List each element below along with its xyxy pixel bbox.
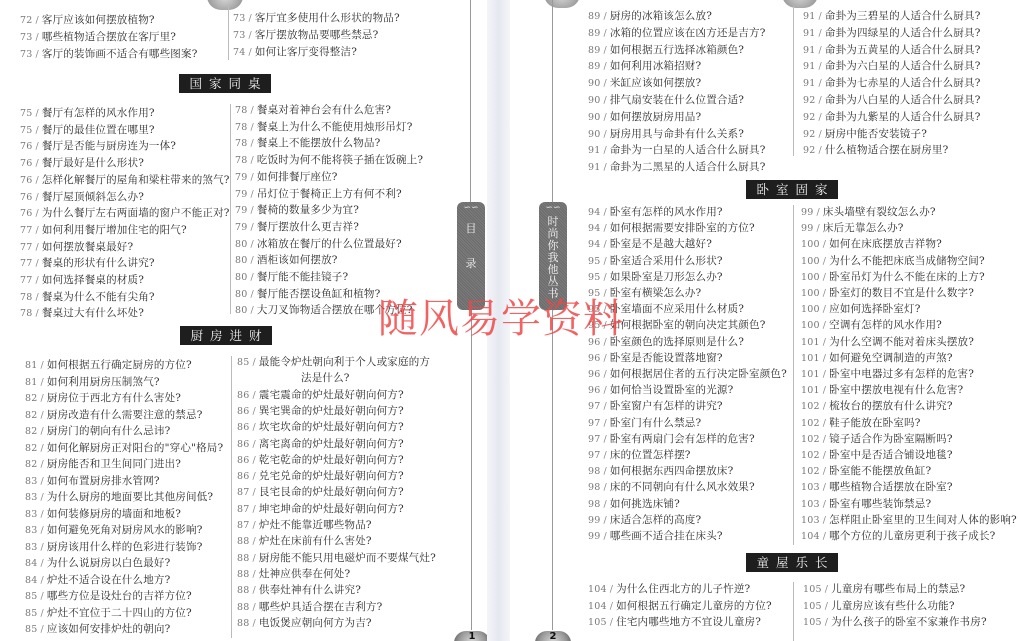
toc-entry[interactable]: 81/如何根据五行确定厨房的方位? [25,359,192,372]
toc-entry[interactable]: 90/如何摆放厨房用品? [588,111,701,124]
toc-entry[interactable]: 103/怎样阻止卧室里的卫生间对人体的影响? [801,514,1017,527]
scroll-curl-icon: ∽∽ [539,202,567,214]
toc-entry[interactable]: 91/命卦为二黑星的人适合什么厨具? [588,161,766,174]
separator: / [604,288,607,299]
page-number: 78 [20,308,33,319]
page-number: 90 [588,112,601,123]
entry-title: 厨房能否和卫生间同门进出? [47,458,181,470]
separator: / [251,122,254,133]
toc-entry[interactable]: 105/儿童房应该有些什么功能? [803,600,955,613]
entry-title: 餐桌对着神台会有什么危害? [257,104,391,116]
entry-title: 哪些画不适合挂在床头? [610,530,723,542]
toc-entry[interactable]: 86/离宅离命的炉灶最好朝向何方? [237,438,404,451]
toc-entry[interactable]: 103/哪些植物合适摆放在卧室? [801,481,953,494]
toc-entry[interactable]: 102/梳妆台的摆放有什么讲究? [801,400,953,413]
toc-entry[interactable]: 104/为什么住西北方的儿子忤逆? [588,583,750,596]
entry-title: 如何根据五行选择冰箱颜色? [610,44,744,56]
toc-entry[interactable]: 80/冰箱放在餐厅的什么位置最好? [235,238,402,251]
toc-entry[interactable]: 82/厨房改造有什么需要注意的禁忌? [25,409,203,422]
entry-title: 儿童房应该有些什么功能? [831,600,955,612]
toc-entry[interactable]: 78/餐桌上不能摆放什么物品? [235,137,380,150]
toc-entry[interactable]: 84/为什么说厨房以白色最好? [25,557,170,570]
entry-title: 床后无靠怎么办? [823,222,904,234]
toc-entry[interactable]: 86/巽宅巽命的炉灶最好朝向何方? [237,405,404,418]
separator: / [253,602,256,613]
toc-entry[interactable]: 77/如何摆放餐桌最好? [20,241,133,254]
toc-entry[interactable]: 100/如何在床底摆放吉祥物? [801,238,942,251]
page-number: 78 [235,155,248,166]
separator: / [823,256,826,267]
toc-entry[interactable]: 88/炉灶在床前有什么害处? [237,535,372,548]
page-number: 76 [20,208,33,219]
toc-entry[interactable]: 80/餐厅能否摆设鱼缸和植物? [235,288,380,301]
entry-title: 卧室是不是越大越好? [610,238,712,250]
toc-entry[interactable]: 98/如何根据东西四命摆放床? [588,465,733,478]
toc-entry[interactable]: 79/餐厅摆放什么更吉祥? [235,221,359,234]
separator: / [253,357,256,368]
separator: / [823,434,826,445]
separator: / [36,108,39,119]
page-number: 83 [25,542,38,553]
entry-title: 巽宅巽命的炉灶最好朝向何方? [259,405,404,417]
toc-entry[interactable]: 76/为什么餐厅左右两面墙的窗户不能正对? [20,207,230,220]
entry-title: 床头墙壁有裂纹怎么办? [823,206,936,218]
page-number: 103 [801,499,820,510]
page-number: 83 [25,525,38,536]
page-number: 79 [235,172,248,183]
toc-entry[interactable]: 73/客厅的装饰画不适合有哪些图案? [20,48,198,61]
toc-entry[interactable]: 82/如何化解厨房正对阳台的"穿心"格局? [25,442,223,455]
toc-entry[interactable]: 101/卧室中电器过多有怎样的危害? [801,368,974,381]
separator: / [604,450,607,461]
page-number: 79 [235,189,248,200]
separator: / [604,369,607,380]
separator: / [823,385,826,396]
page-number: 76 [20,192,33,203]
separator: / [604,466,607,477]
toc-entry[interactable]: 102/卧室能不能摆放鱼缸? [801,465,931,478]
section-title-bedroom: 卧室固家 [746,180,838,199]
toc-entry[interactable]: 73/客厅宜多使用什么形状的物品? [233,12,400,25]
toc-entry[interactable]: 88/厨房能不能只用电磁炉而不要煤气灶? [237,552,436,565]
toc-entry[interactable]: 97/卧室窗户有怎样的讲究? [588,400,723,413]
toc-entry[interactable]: 102/卧室中是否适合铺设地毯? [801,449,953,462]
separator: / [36,192,39,203]
toc-entry[interactable]: 91/命卦为三碧星的人适合什么厨具? [803,10,981,23]
separator: / [253,487,256,498]
entry-title: 哪些植物合适摆放在卧室? [829,481,953,493]
separator: / [819,95,822,106]
page-number: 86 [237,439,250,450]
toc-entry[interactable]: 85/最能令炉灶朝向利于个人或家庭的方 [237,356,430,369]
toc-entry[interactable]: 92/命卦为九紫星的人适合什么厨具? [803,111,981,124]
toc-entry[interactable]: 86/乾宅乾命的炉灶最好朝向何方? [237,454,404,467]
toc-entry[interactable]: 82/厨房位于西北方有什么害处? [25,392,181,405]
separator: / [823,239,826,250]
toc-entry[interactable]: 76/怎样化解餐厅的屋角和梁柱带来的煞气? [20,174,230,187]
toc-entry[interactable]: 91/命卦为四绿星的人适合什么厨具? [803,27,981,40]
toc-entry[interactable]: 85/应该如何安排炉灶的朝向? [25,623,170,636]
page-number: 100 [801,288,820,299]
separator: / [36,208,39,219]
toc-entry[interactable]: 98/床的不同朝向有什么风水效果? [588,481,755,494]
entry-title: 卧室能不能摆放鱼缸? [829,465,931,477]
page-number: 94 [588,207,601,218]
toc-entry[interactable]: 92/命卦为八白星的人适合什么厨具? [803,94,981,107]
page-number: 78 [20,292,33,303]
page-number: 84 [25,558,38,569]
toc-entry[interactable]: 102/鞋子能放在卧室吗? [801,417,921,430]
separator: / [41,542,44,553]
toc-entry[interactable]: 99/床适合怎样的高度? [588,514,701,527]
toc-entry[interactable]: 91/命卦为七赤星的人适合什么厨具? [803,77,981,90]
toc-entry[interactable]: 97/卧室门有什么禁忌? [588,417,701,430]
toc-entry[interactable]: 83/如何布置厨房排水管网? [25,475,160,488]
toc-entry[interactable]: 89/冰箱的位置应该在凶方还是吉方? [588,27,766,40]
top-ornament-icon [782,0,818,8]
toc-entry[interactable]: 80/餐厅能不能挂镜子? [235,271,348,284]
separator: / [253,520,256,531]
entry-title: 厨房中能否安装镜子? [825,128,927,140]
toc-entry[interactable]: 97/卧室有两扇门会有怎样的危害? [588,433,755,446]
entry-title: 住宅内哪些地方不宜设儿童房? [616,616,761,628]
page-number: 75 [20,108,33,119]
toc-entry[interactable]: 103/卧室有哪些装饰禁忌? [801,498,931,511]
page-number: 100 [801,272,820,283]
entry-title: 厨房能不能只用电磁炉而不要煤气灶? [259,552,436,564]
entry-title: 吊灯位于餐椅正上方有何不利? [257,188,402,200]
toc-entry[interactable]: 99/哪些画不适合挂在床头? [588,530,723,543]
toc-entry[interactable]: 75/餐厅的最佳位置在哪里? [20,124,155,137]
toc-entry[interactable]: 87/坤宅坤命的炉灶最好朝向何方? [237,503,404,516]
separator: / [823,531,826,542]
page-number: 87 [237,504,250,515]
separator: / [819,145,822,156]
toc-entry[interactable]: 77/餐桌的形状有什么讲究? [20,257,155,270]
toc-entry[interactable]: 96/如何根据居住者的五行决定卧室颜色? [588,368,787,381]
side-tab-char: 录 [457,257,485,270]
toc-entry[interactable]: 100/应如何选择卧室灯? [801,303,921,316]
separator: / [604,515,607,526]
entry-title: 电饭煲应朝向何方为吉? [259,617,372,629]
entry-title: 如何摆放餐桌最好? [42,241,133,253]
toc-entry[interactable]: 101/为什么空调不能对着床头摆放? [801,336,974,349]
toc-entry[interactable]: 83/如何避免死角对厨房风水的影响? [25,524,203,537]
page-number: 105 [803,584,822,595]
toc-entry[interactable]: 78/餐桌过大有什么坏处? [20,307,144,320]
toc-entry[interactable]: 105/儿童房有哪些布局上的禁忌? [803,583,965,596]
toc-entry[interactable]: 79/吊灯位于餐椅正上方有何不利? [235,188,402,201]
toc-entry[interactable]: 105/住宅内哪些地方不宜设儿童房? [588,616,761,629]
toc-entry[interactable]: 84/炉灶不适合设在什么地方? [25,574,170,587]
toc-entry[interactable]: 78/餐桌为什么不能有尖角? [20,291,155,304]
entry-title: 为什么空调不能对着床头摆放? [829,336,974,348]
toc-entry[interactable]: 90/米缸应该如何摆放? [588,77,701,90]
page-number: 105 [588,617,607,628]
toc-entry[interactable]: 94/卧室是不是越大越好? [588,238,712,251]
page-number: 92 [803,145,816,156]
entry-title: 命卦为八白星的人适合什么厨具? [825,94,981,106]
toc-entry[interactable]: 83/如何装修厨房的墙面和地板? [25,508,181,521]
entry-title: 餐桌的形状有什么讲究? [42,257,155,269]
separator: / [253,455,256,466]
toc-entry[interactable]: 78/餐桌对着神台会有什么危害? [235,104,391,117]
entry-title: 坎宅坎命的炉灶最好朝向何方? [259,421,404,433]
entry-title: 厨房的冰箱该怎么放? [610,10,712,22]
page-number: 105 [803,617,822,628]
entry-title: 法是什么? [301,372,350,384]
toc-entry[interactable]: 96/卧室是否能设置落地窗? [588,352,723,365]
toc-entry[interactable]: 82/厨房门的朝向有什么忌讳? [25,425,170,438]
toc-entry[interactable]: 96/如何恰当设置卧室的光源? [588,384,733,397]
entry-title: 如何摆放厨房用品? [610,111,701,123]
toc-entry[interactable]: 101/如何避免空调制造的声煞? [801,352,953,365]
toc-entry[interactable]: 88/供奉灶神有什么讲究? [237,584,361,597]
page-number: 102 [801,401,820,412]
toc-entry[interactable]: 101/卧室中摆放电视有什么危害? [801,384,963,397]
toc-entry[interactable]: 95/如何根据卧室的朝向决定其颜色? [588,319,766,332]
page-number: 98 [588,466,601,477]
separator: / [604,61,607,72]
toc-entry[interactable]: 76/餐厅是否能与厨房连为一体? [20,140,176,153]
toc-entry[interactable]: 90/排气扇安装在什么位置合适? [588,94,744,107]
entry-title: 餐厅是否能与厨房连为一体? [42,140,176,152]
entry-title: 应该如何安排炉灶的朝向? [47,623,171,635]
separator: / [604,145,607,156]
toc-entry[interactable]: 89/厨房的冰箱该怎么放? [588,10,712,23]
entry-title: 餐厅有怎样的风水作用? [42,107,155,119]
toc-entry[interactable]: 96/卧室颜色的选择原则是什么? [588,336,744,349]
separator: / [41,624,44,635]
toc-entry[interactable]: 91/命卦为一白星的人适合什么厨具? [588,144,766,157]
separator: / [36,258,39,269]
toc-entry[interactable]: 105/为什么孩子的卧室不家兼作书房? [803,616,987,629]
toc-entry[interactable]: 99/床头墙壁有裂纹怎么办? [801,206,936,219]
entry-title: 餐桌为什么不能有尖角? [42,291,155,303]
toc-entry[interactable]: 89/如何根据五行选择冰箱颜色? [588,44,744,57]
page-number: 88 [237,602,250,613]
separator: / [251,138,254,149]
toc-entry[interactable]: 77/如何利用餐厅增加住宅的阳气? [20,224,187,237]
toc-entry[interactable]: 77/如何选择餐桌的材质? [20,274,144,287]
page-number: 95 [588,256,601,267]
toc-entry[interactable]: 95/卧室适合采用什么形状? [588,255,723,268]
page-number: 78 [235,138,248,149]
toc-entry[interactable]: 86/坎宅坎命的炉灶最好朝向何方? [237,421,404,434]
toc-entry[interactable]: 100/空调有怎样的风水作用? [801,319,942,332]
toc-entry[interactable]: 88/电饭煲应朝向何方为吉? [237,617,372,630]
page-number: 80 [235,272,248,283]
page-number: 101 [801,369,820,380]
separator: / [819,112,822,123]
toc-entry[interactable]: 102/镜子适合作为卧室隔断吗? [801,433,953,446]
toc-entry[interactable]: 76/餐厅屋顶倾斜怎么办? [20,191,144,204]
entry-title: 如何利用餐厅增加住宅的阳气? [42,224,187,236]
page-number: 103 [801,482,820,493]
entry-title: 卧室灯的数目不宜是什么数字? [829,287,974,299]
entry-title: 如何排餐厅座位? [257,171,338,183]
entry-title: 床适合怎样的高度? [610,514,701,526]
entry-title: 卧室中电器过多有怎样的危害? [829,368,974,380]
toc-entry[interactable]: 75/餐厅有怎样的风水作用? [20,107,155,120]
toc-entry[interactable]: 87/艮宅艮命的炉灶最好朝向何方? [237,486,404,499]
entry-title: 如何根据卧室的朝向决定其颜色? [610,319,766,331]
page-number: 95 [588,304,601,315]
entry-title: 餐厅摆放什么更吉祥? [257,221,359,233]
entry-title: 空调有怎样的风水作用? [829,319,942,331]
entry-title: 炉灶不宜位于二十四山的方位? [47,607,192,619]
separator: / [41,492,44,503]
column-divider [793,6,794,156]
column-divider [231,356,232,638]
entry-title: 炉灶不适合设在什么地方? [47,574,171,586]
page-number: 98 [588,499,601,510]
toc-entry[interactable]: 85/哪些方位是设灶台的吉祥方位? [25,590,192,603]
binding-thread [470,0,471,205]
entry-title: 如何避免死角对厨房风水的影响? [47,524,203,536]
toc-entry[interactable]: 92/什么植物适合摆在厨房里? [803,144,948,157]
entry-title: 厨房门的朝向有什么忌讳? [47,425,171,437]
separator: / [41,575,44,586]
separator: / [251,255,254,266]
page-number: 86 [237,455,250,466]
separator: / [41,443,44,454]
toc-entry[interactable]: 91/命卦为五黄星的人适合什么厨具? [803,44,981,57]
page-number: 89 [588,11,601,22]
book-gutter [487,0,510,641]
toc-entry[interactable]: 85/炉灶不宜位于二十四山的方位? [25,607,192,620]
entry-title: 如何根据需要安排卧室的方位? [610,222,755,234]
toc-entry[interactable]: 89/如何利用冰箱招财? [588,60,701,73]
toc-entry[interactable]: 91/命卦为六白星的人适合什么厨具? [803,60,981,73]
binding-thread [552,310,553,630]
page-number: 81 [25,377,38,388]
entry-title: 餐椅的数量多少为宜? [257,204,359,216]
separator: / [36,141,39,152]
page-number: 97 [588,450,601,461]
entry-title: 卧室吊灯为什么不能在床的上方? [829,271,985,283]
entry-title: 厨房用具与命卦有什么关系? [610,128,744,140]
entry-title: 灶神应供奉在何处? [259,568,350,580]
toc-entry[interactable]: 90/厨房用具与命卦有什么关系? [588,128,744,141]
page-number: 88 [237,585,250,596]
toc-entry[interactable]: 80/大刀叉饰物适合摆放在哪个方位? [235,304,413,317]
page-number: 100 [801,304,820,315]
toc-entry[interactable]: 78/餐桌上为什么不能使用烛形吊灯? [235,121,413,134]
toc-entry[interactable]: 80/酒柜该如何摆放? [235,254,338,267]
toc-entry[interactable]: 87/炉灶不能靠近哪些物品? [237,519,372,532]
entry-title: 哪些炉具适合摆在吉利方? [259,601,383,613]
separator: / [41,393,44,404]
toc-entry[interactable]: 72/客厅应该如何摆放植物? [20,14,155,27]
page-number: 100 [801,239,820,250]
separator: / [253,569,256,580]
toc-entry[interactable]: 76/餐厅最好是什么形状? [20,157,144,170]
toc-entry[interactable]: 95/卧室墙面不应采用什么材质? [588,303,744,316]
page-number: 82 [25,393,38,404]
entry-title: 如何根据五行确定厨房的方位? [47,359,192,371]
toc-entry[interactable]: 88/哪些炉具适合摆在吉利方? [237,601,382,614]
separator: / [604,434,607,445]
page-number: 77 [20,242,33,253]
toc-entry[interactable]: 法是什么? [237,372,350,384]
entry-title: 卧室门有什么禁忌? [610,417,701,429]
separator: / [604,337,607,348]
entry-title: 大刀叉饰物适合摆放在哪个方位? [257,304,413,316]
separator: / [41,608,44,619]
separator: / [604,320,607,331]
entry-title: 如何选择餐桌的材质? [42,274,144,286]
entry-title: 镜子适合作为卧室隔断吗? [829,433,953,445]
toc-entry[interactable]: 79/餐椅的数量多少为宜? [235,204,359,217]
entry-title: 坤宅坤命的炉灶最好朝向何方? [259,503,404,515]
toc-entry[interactable]: 100/卧室吊灯为什么不能在床的上方? [801,271,985,284]
toc-entry[interactable]: 82/厨房能否和卫生间同门进出? [25,458,181,471]
toc-entry[interactable]: 74/如何让客厅变得整洁? [233,46,357,59]
toc-entry[interactable]: 79/如何排餐厅座位? [235,171,338,184]
toc-entry[interactable]: 86/震宅震命的炉灶最好朝向何方? [237,389,404,402]
page-number: 85 [25,591,38,602]
separator: / [610,601,613,612]
toc-entry[interactable]: 73/客厅摆放物品要哪些禁忌? [233,29,378,42]
toc-entry[interactable]: 104/如何根据五行确定儿童房的方位? [588,600,772,613]
toc-entry[interactable]: 95/卧室有横梁怎么办? [588,287,701,300]
page-number: 97 [588,434,601,445]
toc-entry[interactable]: 78/吃饭时为何不能将筷子插在饭碗上? [235,154,423,167]
separator: / [36,175,39,186]
toc-entry[interactable]: 95/如果卧室是刀形怎么办? [588,271,723,284]
page-number: 91 [803,45,816,56]
entry-title: 卧室窗户有怎样的讲究? [610,400,723,412]
page-number: 77 [20,225,33,236]
toc-entry[interactable]: 98/如何挑选床铺? [588,498,680,511]
page-number: 91 [588,162,601,173]
toc-entry[interactable]: 92/厨房中能否安装镜子? [803,128,927,141]
separator: / [819,11,822,22]
separator: / [604,112,607,123]
toc-entry[interactable]: 99/床后无靠怎么办? [801,222,904,235]
separator: / [36,225,39,236]
entry-title: 卧室中是否适合铺设地毯? [829,449,953,461]
separator: / [819,28,822,39]
separator: / [823,401,826,412]
toc-entry[interactable]: 86/兑宅兑命的炉灶最好朝向何方? [237,470,404,483]
toc-entry[interactable]: 100/卧室灯的数目不宜是什么数字? [801,287,974,300]
page-number: 86 [237,390,250,401]
separator: / [819,61,822,72]
separator: / [604,256,607,267]
separator: / [253,390,256,401]
toc-entry[interactable]: 81/如何利用厨房压制煞气? [25,376,160,389]
toc-entry[interactable]: 73/哪些植物适合摆放在客厅里? [20,31,176,44]
toc-entry[interactable]: 94/如何根据需要安排卧室的方位? [588,222,755,235]
entry-title: 命卦为六白星的人适合什么厨具? [825,60,981,72]
toc-entry[interactable]: 97/床的位置怎样摆? [588,449,691,462]
column-divider [793,205,794,545]
toc-entry[interactable]: 83/为什么厨房的地面要比其他房间低? [25,491,213,504]
page-number: 92 [803,112,816,123]
toc-entry[interactable]: 83/厨房该用什么样的色彩进行装饰? [25,541,203,554]
page-number: 105 [803,601,822,612]
toc-entry[interactable]: 100/为什么不能把床底当成储物空间? [801,255,985,268]
toc-entry[interactable]: 104/哪个方位的儿童房更利于孩子成长? [801,530,995,543]
separator: / [825,584,828,595]
separator: / [610,617,613,628]
separator: / [41,591,44,602]
toc-entry[interactable]: 94/卧室有怎样的风水作用? [588,206,723,219]
page-number: 99 [588,531,601,542]
toc-entry[interactable]: 88/灶神应供奉在何处? [237,568,350,581]
